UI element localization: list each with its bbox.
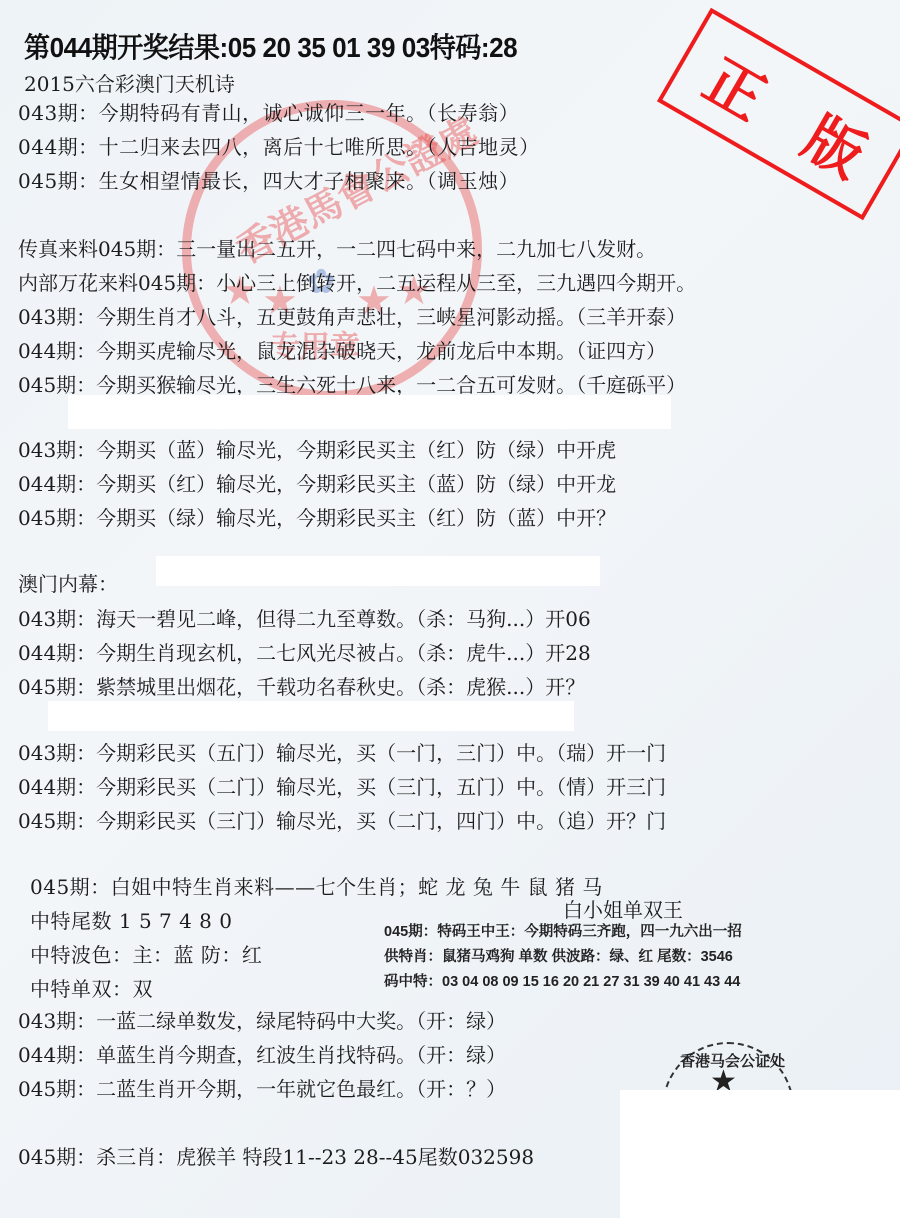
- fax-line: 043期：今期生肖才八斗，五更鼓角声悲壮，三峡星河影动摇。（三羊开泰）: [18, 301, 686, 330]
- macau-inside-label: 澳门内幕：: [18, 568, 118, 597]
- macau-line: 043期：海天一碧见二峰，但得二九至尊数。（杀：马狗...）开06: [18, 603, 591, 632]
- box-title: 白小姐单双王: [563, 894, 683, 923]
- box-line: 码中特：03 04 08 09 15 16 20 21 27 31 39 40 …: [384, 970, 740, 991]
- draw-result-title: 第044期开奖结果:05 20 35 01 39 03特码:28: [24, 26, 517, 66]
- box-line: 045期：特码王中王：今期特码三齐跑，四一九六出一招: [384, 920, 742, 941]
- stamp-char: 版: [791, 92, 883, 194]
- color-line: 045期：今期买（绿）输尽光，今期彩民买主（红）防（蓝）中开？: [18, 502, 616, 531]
- door-line: 043期：今期彩民买（五门）输尽光，买（一门，三门）中。（瑞）开一门: [18, 737, 666, 766]
- door-line: 045期：今期彩民买（三门）输尽光，买（二门，四门）中。（追）开？门: [18, 805, 666, 834]
- door-line: 044期：今期彩民买（二门）输尽光，买（三门，五门）中。（情）开三门: [18, 771, 666, 800]
- blue-line: 043期：一蓝二绿单数发，绿尾特码中大奖。（开：绿）: [18, 1005, 506, 1034]
- blank-banner: [156, 556, 600, 586]
- white-sister-headline: 045期：白姐中特生肖来料——七个生肖；蛇 龙 兔 牛 鼠 猪 马: [30, 871, 603, 900]
- macau-line: 044期：今期生肖现玄机，二七风光尽被占。（杀：虎牛...）开28: [18, 637, 591, 666]
- fax-line: 传真来料045期：三一量出二五开，一二四七码中来，二九加七八发财。: [18, 233, 656, 262]
- box-line: 供特肖：鼠猪马鸡狗 单数 供波路：绿、红 尾数：3546: [384, 945, 733, 966]
- blank-banner: [48, 701, 574, 731]
- blank-corner: [620, 1090, 900, 1218]
- poem-line: 045期：生女相望情最长，四大才子相聚来。（调玉烛）: [18, 165, 519, 194]
- fax-line: 045期：今期买猴输尽光，三生六死十八来，一二合五可发财。（千庭砾平）: [18, 369, 686, 398]
- poem-line: 043期：今期特码有青山，诚心诚仰三一年。（长寿翁）: [18, 97, 519, 126]
- blue-line: 044期：单蓝生肖今期查，红波生肖找特码。（开：绿）: [18, 1039, 506, 1068]
- poem-line: 044期：十二归来去四八，离后十七唯所思。（人吉地灵）: [18, 131, 540, 160]
- genuine-stamp: 正 版: [657, 8, 900, 221]
- stamp-char: 正: [691, 34, 783, 136]
- fax-line: 内部万花来料045期：小心三上倒转开，二五运程从三至，三九遇四今期开。: [18, 267, 696, 296]
- color-line: 043期：今期买（蓝）输尽光，今期彩民买主（红）防（绿）中开虎: [18, 434, 616, 463]
- poem-heading: 2015六合彩澳门天机诗: [24, 68, 235, 97]
- tail-numbers: 中特尾数 1 5 7 4 8 0: [30, 905, 233, 934]
- macau-line: 045期：紫禁城里出烟花，千载功名春秋史。（杀：虎猴...）开？: [18, 671, 585, 700]
- kill-line: 045期：杀三肖：虎猴羊 特段11--23 28--45尾数032598: [18, 1141, 534, 1170]
- blank-banner: [68, 395, 671, 429]
- color-line: 044期：今期买（红）输尽光，今期彩民买主（蓝）防（绿）中开龙: [18, 468, 616, 497]
- fax-line: 044期：今期买虎输尽光，鼠龙混杂破晓天，龙前龙后中本期。（证四方）: [18, 335, 666, 364]
- odd-even: 中特单双：双: [30, 973, 153, 1002]
- blue-line: 045期：二蓝生肖开今期，一年就它色最红。（开：？）: [18, 1073, 506, 1102]
- wave-color: 中特波色：主：蓝 防：红: [30, 939, 262, 968]
